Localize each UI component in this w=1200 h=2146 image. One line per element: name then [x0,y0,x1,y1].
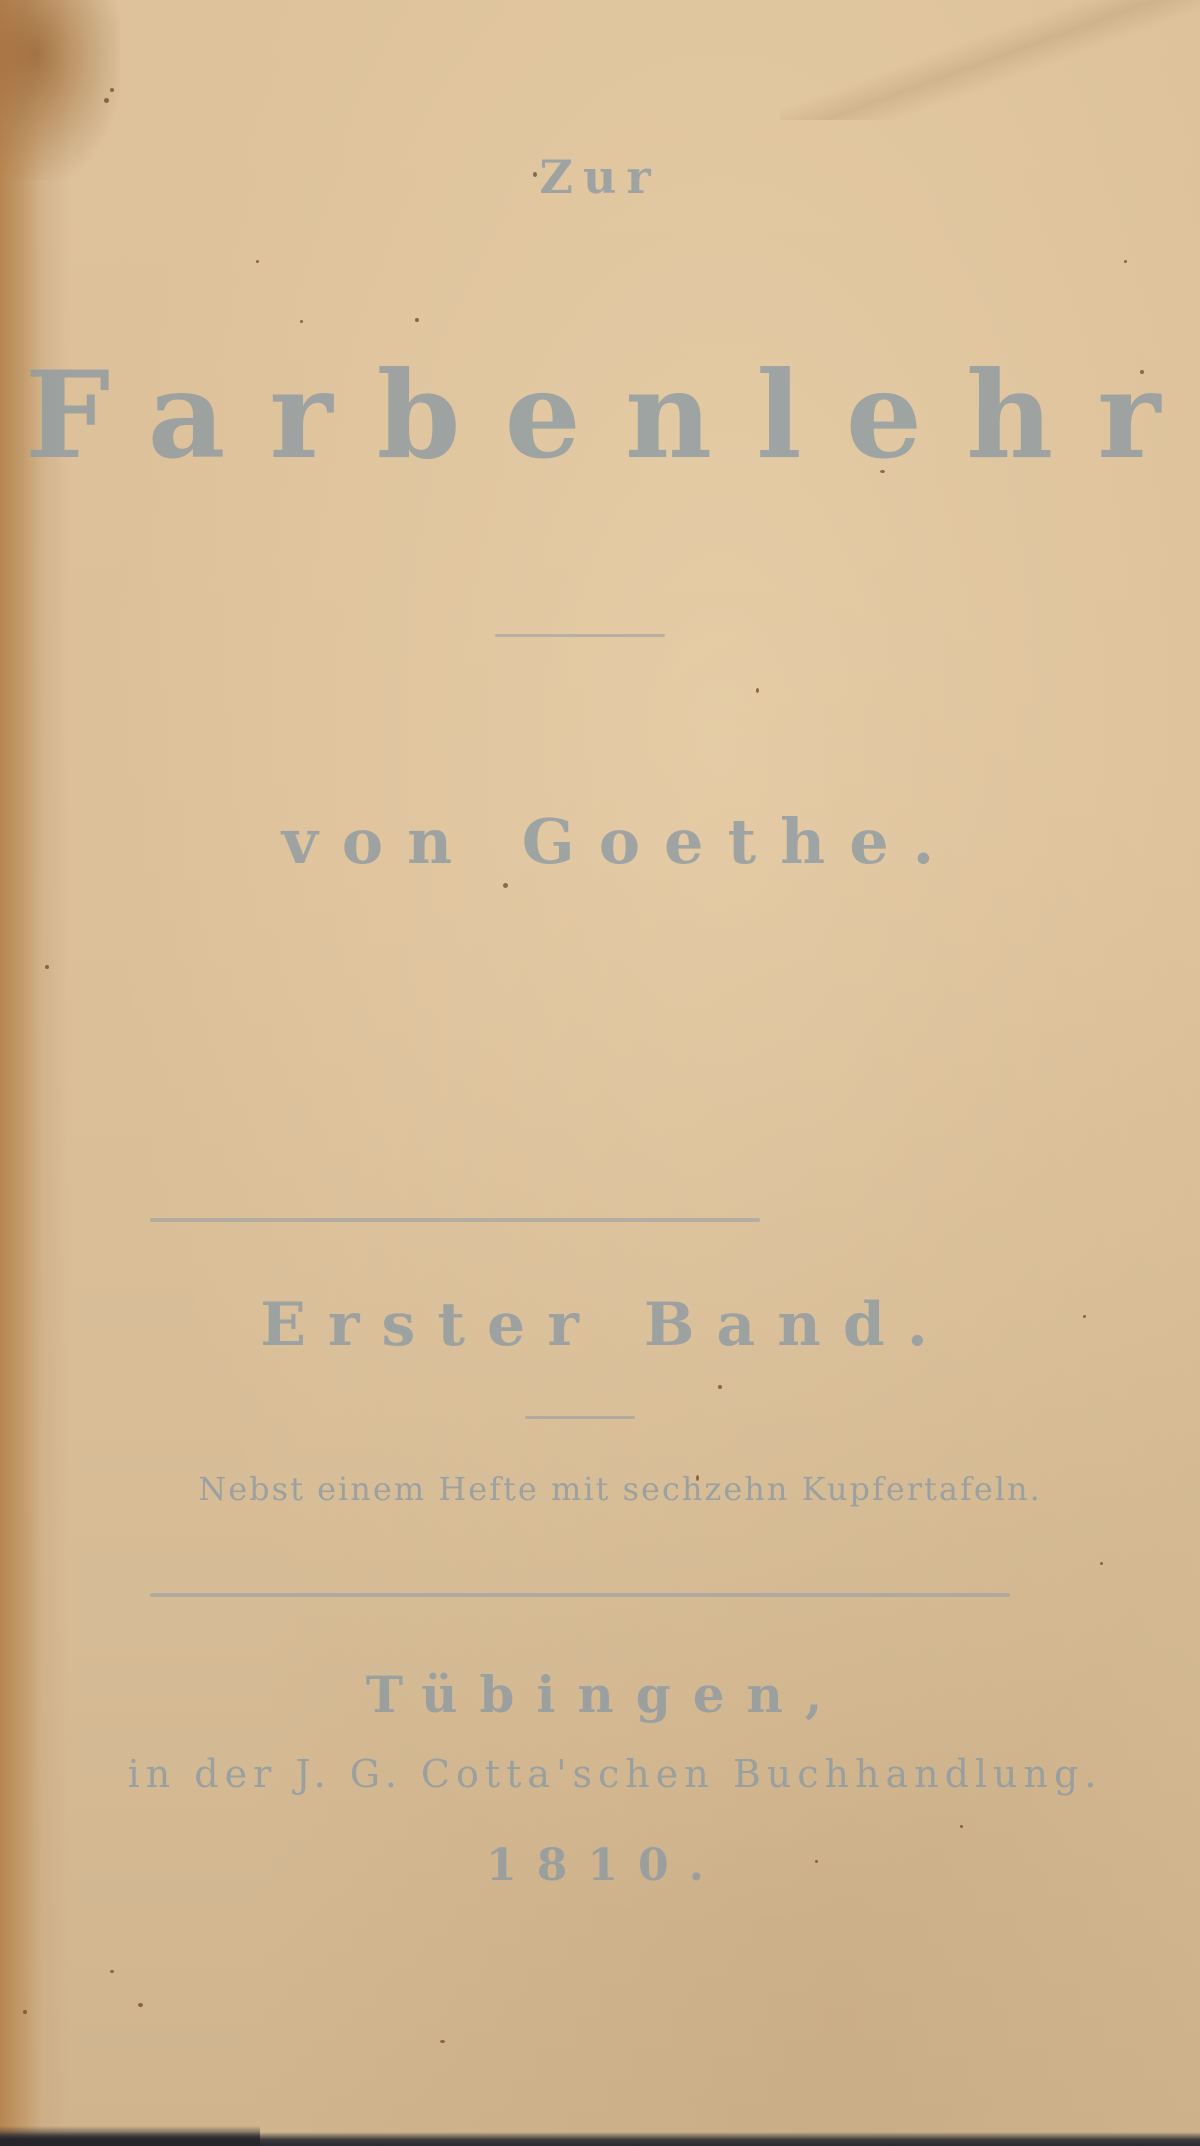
author-byline: von Goethe. [20,805,1200,878]
book-title: Farbenlehre. [25,345,1200,486]
subtitle-note: Nebst einem Hefte mit sechzehn Kupfertaf… [20,1470,1200,1508]
pre-title: Zur [0,150,1200,204]
scanned-title-page: Zur Farbenlehre. von Goethe. Erster Band… [0,0,1200,2146]
imprint-place: Tübingen, [5,1665,1200,1724]
ornamental-rule [495,634,665,637]
divider-rule [150,1218,760,1222]
paper-crease [780,0,1200,120]
volume-label: Erster Band. [5,1290,1200,1360]
imprint-year: 1810. [5,1840,1200,1891]
binding-bottom-shadow [0,2126,260,2146]
imprint-publisher: in der J. G. Cotta'schen Buchhandlung. [15,1752,1200,1796]
imprint-divider-rule [150,1593,1010,1597]
binding-edge-shadow [0,0,70,2146]
short-rule [525,1416,635,1419]
